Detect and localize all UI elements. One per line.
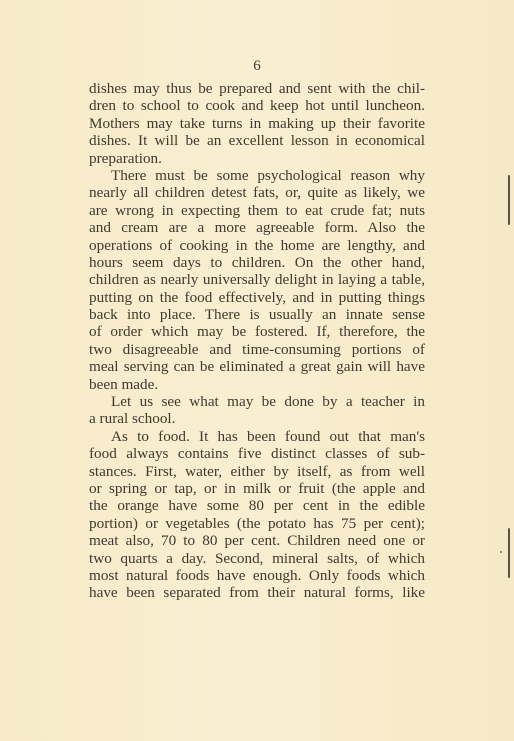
text-line: two disagreeable and time-consuming port… (89, 341, 425, 358)
text-line: dren to school to cook and keep hot unti… (89, 97, 425, 114)
text-line: dishes. It will be an excellent lesson i… (89, 132, 425, 149)
text-line: Mothers may take turns in making up thei… (89, 115, 425, 132)
text-line: preparation. (89, 150, 425, 167)
text-line: have been separated from their natural f… (89, 584, 425, 601)
text-line: most natural foods have enough. Only foo… (89, 567, 425, 584)
page-number: 6 (0, 58, 514, 75)
text-line: of order which may be fostered. If, ther… (89, 323, 425, 340)
paper-speck (500, 551, 502, 553)
text-line: and cream are a more agreeable form. Als… (89, 219, 425, 236)
text-line: or spring or tap, or in milk or fruit (t… (89, 480, 425, 497)
text-line: been made. (89, 376, 425, 393)
text-line: a rural school. (89, 410, 425, 427)
text-line: the orange have some 80 per cent in the … (89, 497, 425, 514)
body-text: dishes may thus be prepared and sent wit… (89, 80, 425, 602)
book-page: 6 dishes may thus be prepared and sent w… (0, 0, 514, 741)
paragraph-start-line: Let us see what may be done by a teacher… (89, 393, 425, 410)
text-line: children as nearly universally delight i… (89, 271, 425, 288)
text-line: portion) or vegetables (the potato has 7… (89, 515, 425, 532)
text-line: are wrong in expecting them to eat crude… (89, 202, 425, 219)
text-line: stances. First, water, either by itself,… (89, 463, 425, 480)
text-line: two quarts a day. Second, mineral salts,… (89, 550, 425, 567)
text-line: putting on the food effectively, and in … (89, 289, 425, 306)
binding-edge-mark (508, 175, 510, 225)
text-line: back into place. There is usually an inn… (89, 306, 425, 323)
text-line: nearly all children detest fats, or, qui… (89, 184, 425, 201)
paragraph-start-line: As to food. It has been found out that m… (89, 428, 425, 445)
binding-edge-mark (508, 528, 510, 578)
text-line: hours seem days to children. On the othe… (89, 254, 425, 271)
text-line: meal serving can be eliminated a great g… (89, 358, 425, 375)
text-line: dishes may thus be prepared and sent wit… (89, 80, 425, 97)
text-line: food always contains five distinct class… (89, 445, 425, 462)
text-line: meat also, 70 to 80 per cent. Children n… (89, 532, 425, 549)
paragraph-start-line: There must be some psychological reason … (89, 167, 425, 184)
text-line: operations of cooking in the home are le… (89, 237, 425, 254)
